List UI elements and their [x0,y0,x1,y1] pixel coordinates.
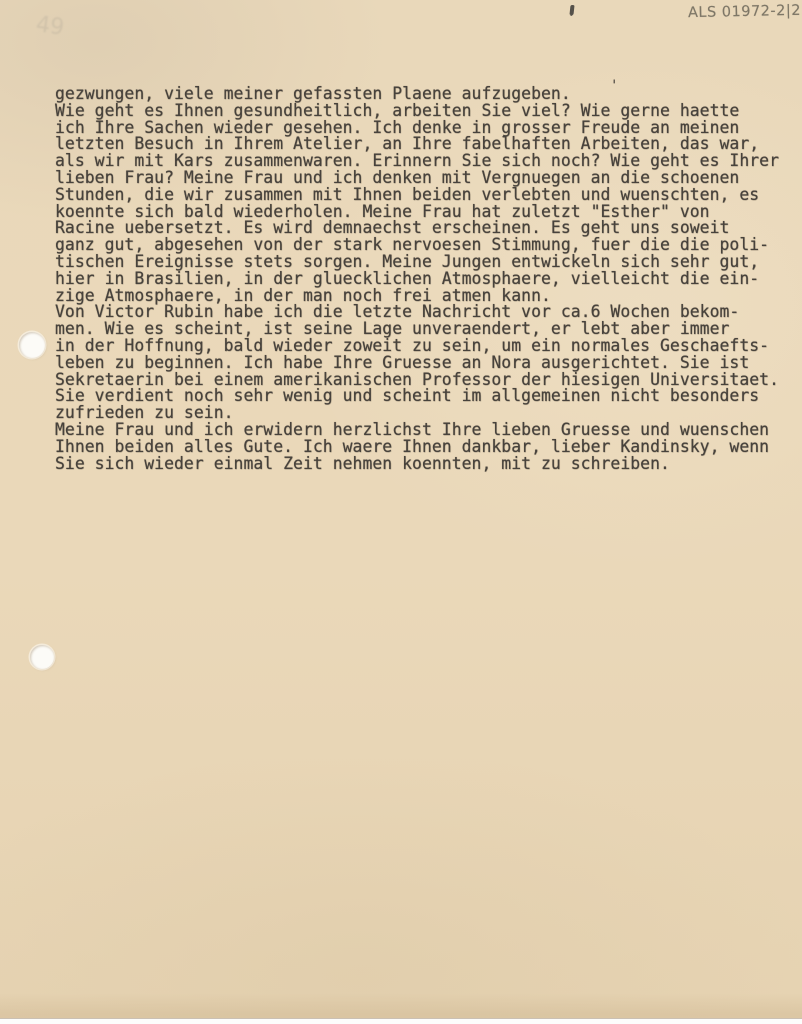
letter-line: Sie sich wieder einmal Zeit nehmen koenn… [55,456,800,473]
ink-speck [569,5,574,15]
letter-page: 49 ALS 01972-2|2 ' gezwungen, viele mein… [0,0,802,1024]
letter-line: Ihnen beiden alles Gute. Ich waere Ihnen… [55,439,800,456]
letter-body: gezwungen, viele meiner gefassten Plaene… [55,86,800,472]
punch-hole-lower [30,645,54,669]
punch-hole-upper [19,332,45,358]
scan-edge [0,1018,802,1024]
archive-label: ALS 01972-2|2 [688,3,798,21]
faint-pencil-note: 49 [34,12,65,41]
